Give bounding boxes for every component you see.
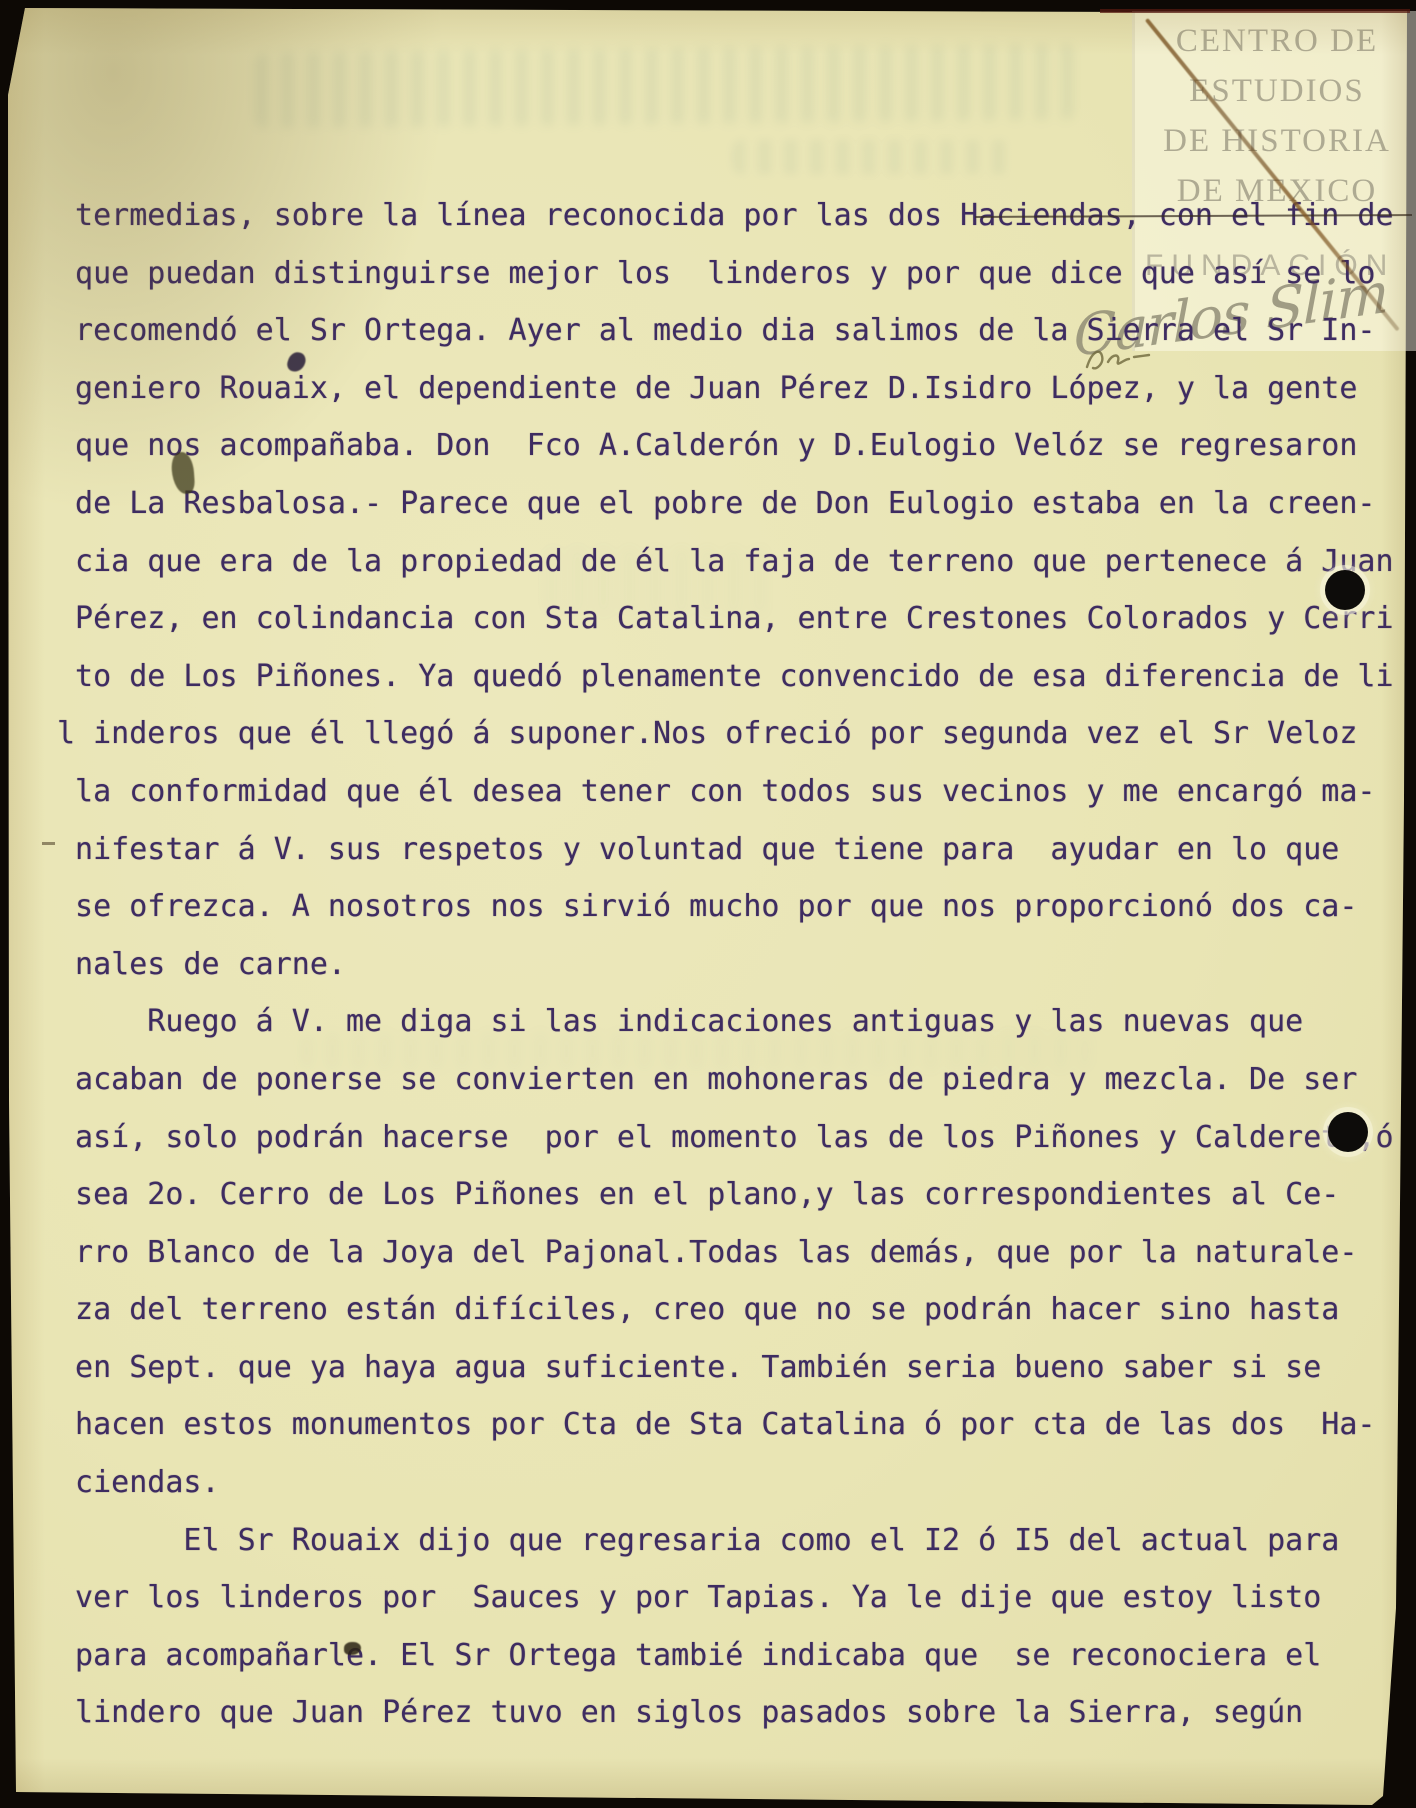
letter-line: que nos acompañaba. Don Fco A.Calderón y… — [57, 417, 1416, 475]
letter-line: l inderos que él llegó á suponer.Nos ofr… — [57, 705, 1416, 763]
letter-line: acaban de ponerse se convierten en mohon… — [57, 1051, 1416, 1109]
letter-line: cia que era de la propiedad de él la faj… — [57, 533, 1416, 591]
letter-line: geniero Rouaix, el dependiente de Juan P… — [57, 360, 1416, 418]
watermark-line: DE HISTORIA — [1135, 116, 1416, 166]
letterhead-bleedthrough — [255, 44, 1075, 129]
punch-hole — [1328, 1112, 1368, 1152]
letter-line: así, solo podrán hacerse por el momento … — [57, 1109, 1416, 1167]
letter-line: ver los linderos por Sauces y por Tapias… — [57, 1569, 1416, 1627]
letter-line: para acompañarle. El Sr Ortega tambié in… — [57, 1627, 1416, 1685]
margin-pencil-mark — [42, 842, 55, 845]
scan-stage: CENTRO DE ESTUDIOS DE HISTORIA DE MEXICO… — [0, 0, 1416, 1808]
letter-line: de La Resbalosa.- Parece que el pobre de… — [57, 475, 1416, 533]
scan-edge-line — [1100, 9, 1410, 13]
letter-line: za del terreno están difíciles, creo que… — [57, 1281, 1416, 1339]
letter-line: ciendas. — [57, 1454, 1416, 1512]
letter-line: nifestar á V. sus respetos y voluntad qu… — [57, 821, 1416, 879]
letter-line: en Sept. que ya haya agua suficiente. Ta… — [57, 1339, 1416, 1397]
letter-body: termedias, sobre la línea reconocida por… — [57, 187, 1416, 1742]
pencil-scribble-annotation — [1083, 343, 1153, 380]
letter-line: to de Los Piñones. Ya quedó plenamente c… — [57, 648, 1416, 706]
archive-watermark-text: CENTRO DE ESTUDIOS DE HISTORIA DE MEXICO — [1135, 16, 1416, 216]
letter-line: se ofrezca. A nosotros nos sirvió mucho … — [57, 878, 1416, 936]
letter-line: El Sr Rouaix dijo que regresaria como el… — [57, 1512, 1416, 1570]
letter-line: nales de carne. — [57, 936, 1416, 994]
letter-line: Ruego á V. me diga si las indicaciones a… — [57, 993, 1416, 1051]
watermark-line: ESTUDIOS — [1135, 66, 1416, 116]
punch-hole — [1325, 570, 1365, 610]
letter-line: sea 2o. Cerro de Los Piñones en el plano… — [57, 1166, 1416, 1224]
letter-line: recomendó el Sr Ortega. Ayer al medio di… — [57, 302, 1416, 360]
letter-line: lindero que Juan Pérez tuvo en siglos pa… — [57, 1684, 1416, 1742]
letter-line: hacen estos monumentos por Cta de Sta Ca… — [57, 1396, 1416, 1454]
letter-line: rro Blanco de la Joya del Pajonal.Todas … — [57, 1224, 1416, 1282]
letter-line: Pérez, en colindancia con Sta Catalina, … — [57, 590, 1416, 648]
letter-line: que puedan distinguirse mejor los linder… — [57, 245, 1416, 303]
letterhead-bleedthrough-subline — [732, 140, 1017, 174]
letter-line: la conformidad que él desea tener con to… — [57, 763, 1416, 821]
